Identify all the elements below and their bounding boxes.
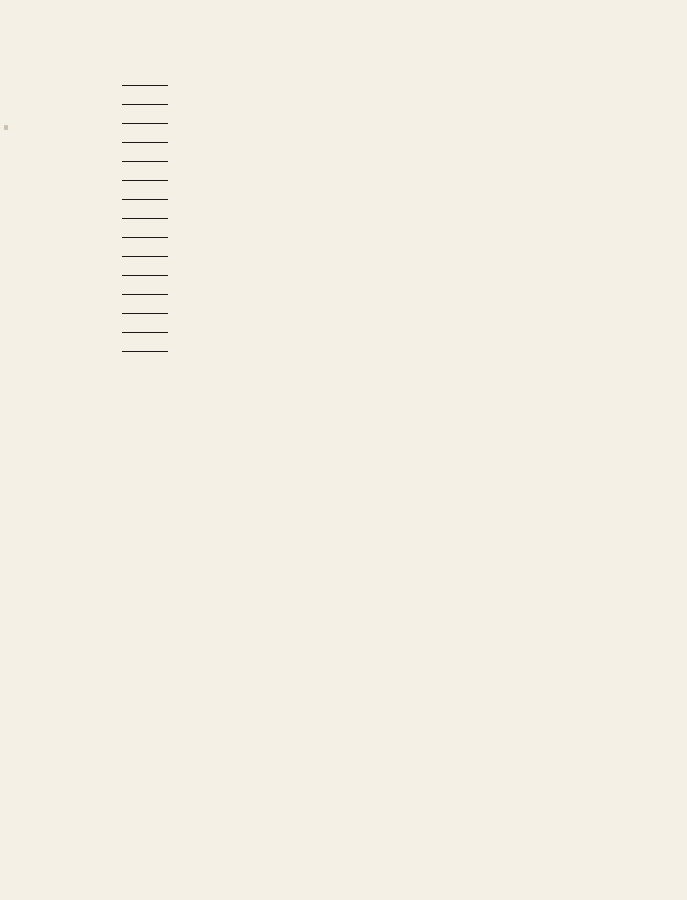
paper-speck xyxy=(4,125,8,130)
ditto-dash xyxy=(122,84,168,86)
ditto-dash xyxy=(122,217,168,219)
bibliography-list xyxy=(122,73,670,359)
bibliography-entry xyxy=(122,302,670,320)
bibliography-entry xyxy=(122,207,670,225)
ditto-dash xyxy=(122,179,168,181)
bibliography-entry xyxy=(122,283,670,301)
bibliography-entry xyxy=(122,245,670,263)
bibliography-entry xyxy=(122,150,670,168)
ditto-dash xyxy=(122,236,168,238)
ditto-dash xyxy=(122,312,168,314)
bibliography-entry xyxy=(122,169,670,187)
ditto-dash xyxy=(122,255,168,257)
bibliography-entry xyxy=(122,226,670,244)
bibliography-entry xyxy=(122,74,670,92)
bibliography-entry xyxy=(122,112,670,130)
ditto-dash xyxy=(122,160,168,162)
bibliography-entry xyxy=(122,340,670,358)
bibliography-entry xyxy=(122,93,670,111)
ditto-dash xyxy=(122,350,168,352)
ditto-dash xyxy=(122,122,168,124)
ditto-dash xyxy=(122,198,168,200)
bibliography-entry xyxy=(122,131,670,149)
bibliography-entry xyxy=(122,264,670,282)
ditto-dash xyxy=(122,141,168,143)
document-page xyxy=(0,0,687,900)
bibliography-entry xyxy=(122,188,670,206)
bibliography-entry xyxy=(122,321,670,339)
ditto-dash xyxy=(122,331,168,333)
ditto-dash xyxy=(122,103,168,105)
ditto-dash xyxy=(122,274,168,276)
ditto-dash xyxy=(122,293,168,295)
